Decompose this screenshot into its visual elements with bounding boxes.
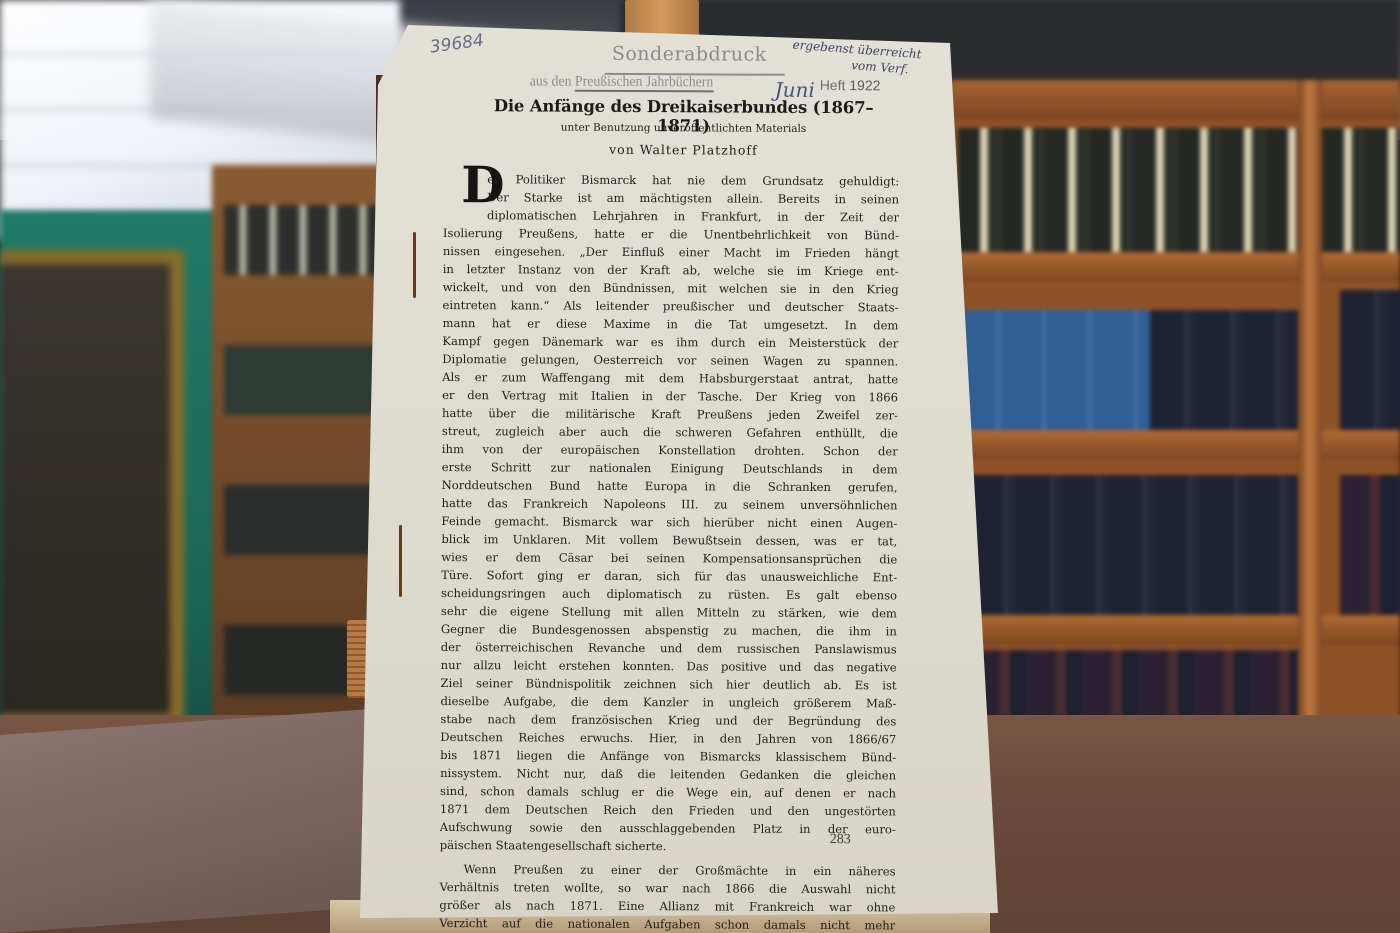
text-line: Verhältnis treten wollte, so war nach 18… <box>439 878 895 898</box>
heft-year: 1922 <box>849 77 880 93</box>
text-line: Deutschen Reiches erwuchs. Hier, in den … <box>440 728 896 748</box>
text-line: Gegner die Bundesgenossen abspenstig zu … <box>441 620 897 640</box>
stamp-source-prefix: aus den <box>530 73 572 89</box>
text-line: bis 1871 liegen die Anfänge von Bismarck… <box>440 746 896 766</box>
framed-painting <box>0 250 184 728</box>
paragraph-1: er Politiker Bismarck hat nie dem Grunds… <box>440 170 900 856</box>
text-line: ihm von der europäischen Konstellation d… <box>442 440 898 460</box>
stamp-heft: Heft 1922 <box>820 77 881 93</box>
text-line: Feinde gemacht. Bismarck war sich hierüb… <box>441 512 897 532</box>
article-subtitle: unter Benutzung unveröffentlichten Mater… <box>473 121 893 135</box>
book-row <box>224 485 379 555</box>
text-line: wies er dem Cäsar bei seinen Kompensatio… <box>441 548 897 568</box>
staple <box>413 232 416 298</box>
text-line: Isolierung Preußens, hatte er die Unentb… <box>443 224 899 244</box>
text-line: Als er zum Waffengang mit dem Habsburger… <box>442 368 898 388</box>
text-line: streut, zugleich aber auch die schweren … <box>442 422 898 442</box>
text-line: mann hat er diese Maxime in die Tat umge… <box>442 314 898 334</box>
book-row-navy <box>1340 290 1400 430</box>
text-line: Aufschwung sowie den ausschlaggebenden P… <box>440 818 896 838</box>
photo-scene: 39684 Sonderabdruck aus den Preußischen … <box>0 0 1400 933</box>
text-line: größer als nach 1871. Eine Allianz mit F… <box>439 896 895 916</box>
book-row-gilt <box>1322 128 1400 253</box>
book-row <box>224 205 379 275</box>
page-number: 283 <box>830 832 851 848</box>
text-line: blick im Unklaren. Mit vollem Bewußtsein… <box>441 530 897 550</box>
book-row-blue <box>960 310 1150 430</box>
text-line: nissystem. Nicht nur, daß die leitenden … <box>440 764 896 784</box>
text-line: dieselbe Aufgabe, die dem Kanzler in ung… <box>440 692 896 712</box>
text-line: 1871 dem Deutschen Reich den Frieden und… <box>440 800 896 820</box>
book-row-navy <box>1150 310 1300 430</box>
text-line: Türe. Sofort ging er daran, sich für das… <box>441 566 897 586</box>
text-line: nur allzu leicht erstehen konnten. Das p… <box>441 656 897 676</box>
text-line: Wenn Preußen zu einer der Großmächte in … <box>440 860 896 880</box>
text-line: hatte über die militärische Kraft Preuße… <box>442 404 898 424</box>
text-line: hatte das Frankreich Napoleons III. zu s… <box>441 494 897 514</box>
table-reflection <box>0 708 380 933</box>
text-line: Norddeutschen Bund hatte Europa in die S… <box>442 476 898 496</box>
text-line: Ziel seiner Bündnispolitik zeichnen sich… <box>441 674 897 694</box>
text-line: Der Starke ist am mächtigsten allein. Be… <box>443 188 899 208</box>
shelf-post <box>1298 80 1322 760</box>
stamp-source-name: Preußischen Jahrbüchern <box>575 74 713 93</box>
text-line: scheidungsringen auch diplomatisch zu rü… <box>441 584 897 604</box>
staple <box>399 525 402 597</box>
book-row-navy <box>970 475 1310 615</box>
book-row-mixed <box>1340 475 1400 615</box>
text-line: sehr die eigene Stellung mit allen Mitte… <box>441 602 897 622</box>
text-line: in letzter Instanz von der Kraft ab, wel… <box>443 260 899 280</box>
text-line: päischen Staatengesellschaft sicherte. <box>440 836 896 856</box>
text-line: wickelt, und von den Bündnissen, mit wel… <box>443 278 899 298</box>
article-body: er Politiker Bismarck hat nie dem Grunds… <box>439 170 899 933</box>
text-line: der österreichischen Revanche und dem ru… <box>441 638 897 658</box>
book-row <box>224 345 379 415</box>
text-line: Kampf gegen Dänemark war es ihm durch ei… <box>442 332 898 352</box>
text-line: Verzicht auf die nationalen Aufgaben sch… <box>439 914 895 933</box>
shelf-plank <box>950 615 1400 645</box>
text-line: nissen eingesehen. „Der Einfluß einer Ma… <box>443 242 899 262</box>
stamp-source: aus den Preußischen Jahrbüchern <box>530 73 714 91</box>
right-bookshelf <box>950 80 1400 760</box>
text-line: eintreten kann.“ Als leitender preußisch… <box>443 296 899 316</box>
text-line: stabe nach dem französischen Krieg und d… <box>440 710 896 730</box>
text-line: er den Vertrag mit Italien in der Tasche… <box>442 386 898 406</box>
shelf-rail <box>950 80 1400 120</box>
text-line: Diplomatie gelungen, Oesterreich vor sei… <box>442 350 898 370</box>
text-line: sind, schon damals schlug er die Wege ei… <box>440 782 896 802</box>
text-line: diplomatischen Lehrjahren in Frankfurt, … <box>443 206 899 226</box>
paragraph-2: Wenn Preußen zu einer der Großmächte in … <box>439 860 895 933</box>
shelf-plank <box>950 252 1400 282</box>
book-row-gilt <box>958 128 1298 253</box>
text-line: er Politiker Bismarck hat nie dem Grunds… <box>443 170 899 190</box>
heft-label: Heft <box>820 77 846 93</box>
text-line: erste Schritt zur nationalen Einigung De… <box>442 458 898 478</box>
shelf-plank <box>950 430 1400 460</box>
article-author: von Walter Platzhoff <box>473 141 893 158</box>
stamp-sonderabdruck: Sonderabdruck <box>612 43 767 66</box>
